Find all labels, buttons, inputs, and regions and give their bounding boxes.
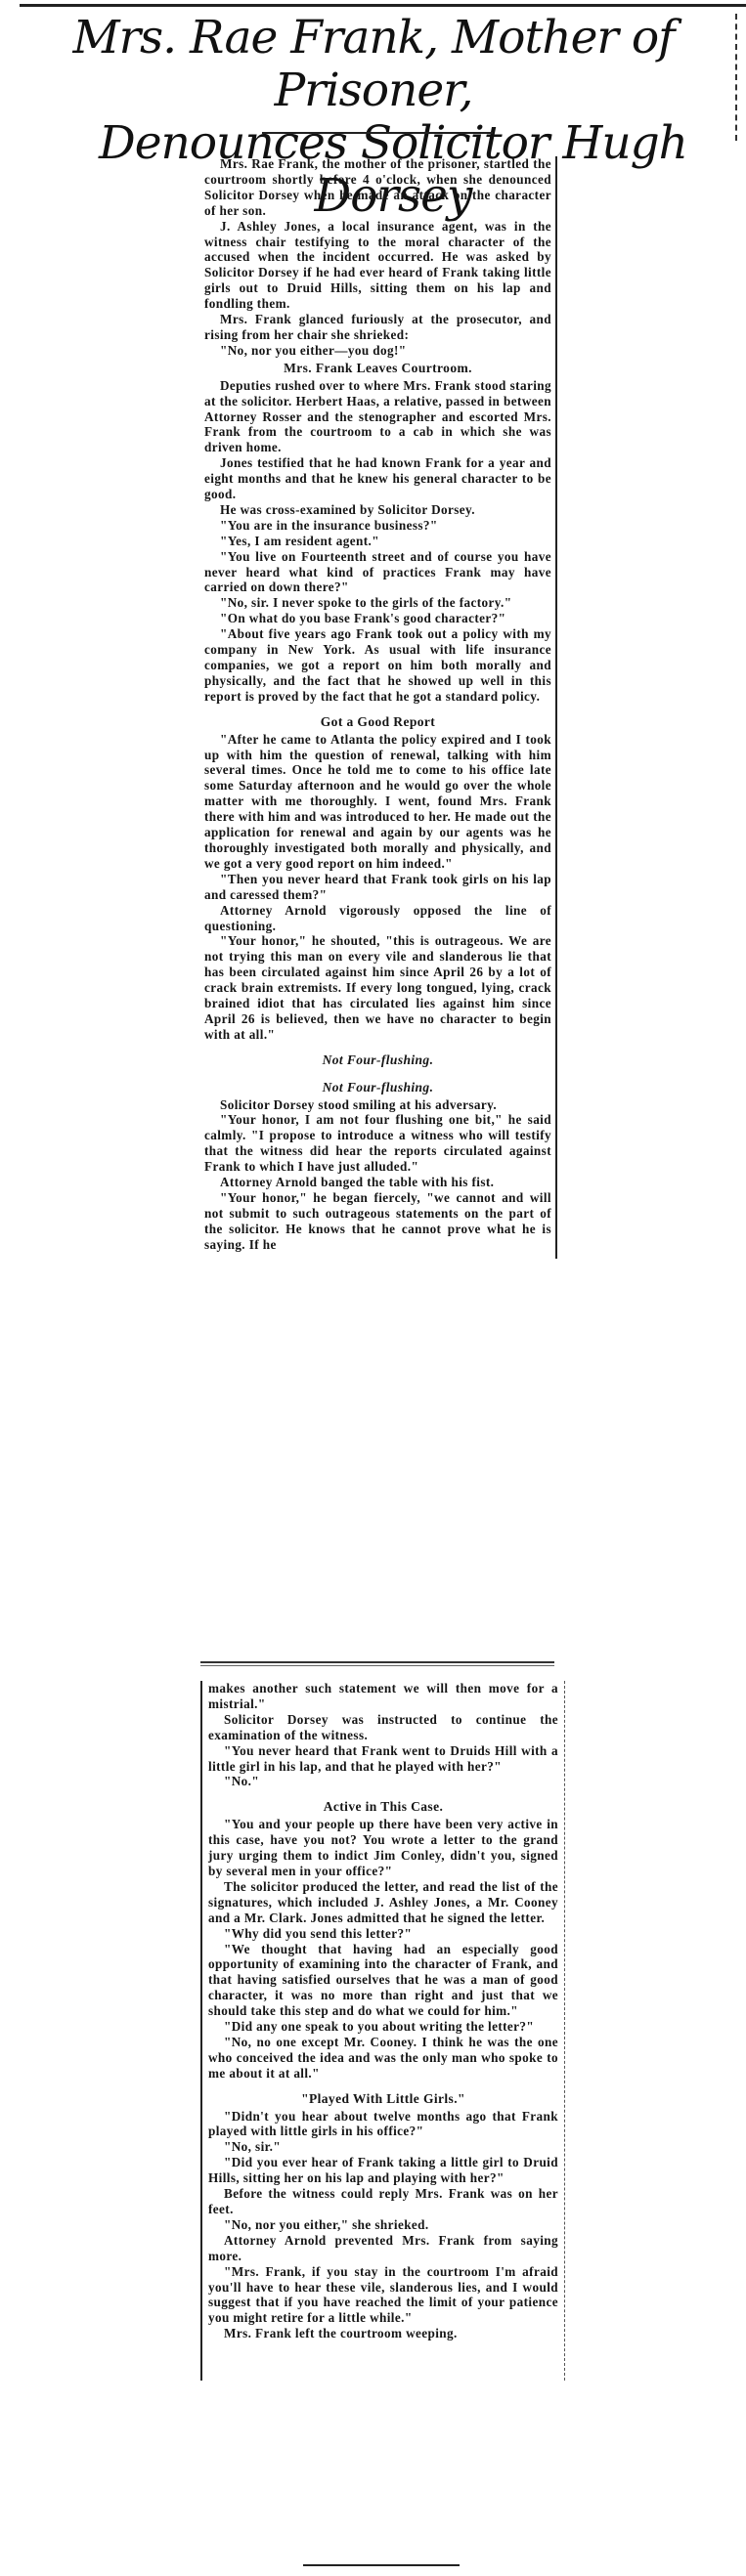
headline-line-1: Mrs. Rae Frank, Mother of Prisoner,	[22, 12, 725, 117]
paragraph: Solicitor Dorsey was instructed to conti…	[208, 1712, 558, 1743]
paragraph: "No."	[208, 1774, 558, 1789]
paragraph: J. Ashley Jones, a local insurance agent…	[204, 219, 551, 312]
article-column-2: makes another such statement we will the…	[200, 1681, 565, 2381]
paragraph: "You never heard that Frank went to Drui…	[208, 1743, 558, 1775]
paragraph: "No, sir. I never spoke to the girls of …	[204, 595, 551, 611]
paragraph: Mrs. Rae Frank, the mother of the prison…	[204, 156, 551, 219]
spacer	[204, 1070, 551, 1078]
column-break-rule	[200, 1661, 554, 1663]
paragraph: "You and your people up there have been …	[208, 1817, 558, 1879]
paragraph: "Why did you send this letter?"	[208, 1926, 558, 1942]
paragraph: Attorney Arnold prevented Mrs. Frank fro…	[208, 2233, 558, 2264]
paragraph: "On what do you base Frank's good charac…	[204, 611, 551, 626]
paragraph: "Your honor," he began fiercely, "we can…	[204, 1190, 551, 1253]
paragraph: Mrs. Frank glanced furiously at the pros…	[204, 312, 551, 343]
paragraph: "Did any one speak to you about writing …	[208, 2019, 558, 2035]
article-column-1: Mrs. Rae Frank, the mother of the prison…	[204, 156, 557, 1259]
paragraph: "Yes, I am resident agent."	[204, 534, 551, 549]
paragraph: Jones testified that he had known Frank …	[204, 455, 551, 502]
column-break-rule-thin	[200, 1665, 554, 1666]
subhead-good-report: Got a Good Report	[204, 714, 551, 730]
paragraph: "Then you never heard that Frank took gi…	[204, 872, 551, 903]
paragraph: The solicitor produced the letter, and r…	[208, 1879, 558, 1926]
paragraph: He was cross-examined by Solicitor Dorse…	[204, 502, 551, 518]
paragraph: "No, no one except Mr. Cooney. I think h…	[208, 2035, 558, 2082]
spacer	[208, 2082, 558, 2089]
paragraph: Before the witness could reply Mrs. Fran…	[208, 2186, 558, 2217]
subhead-not-four-flushing: Not Four-flushing.	[204, 1052, 551, 1068]
top-rule	[20, 4, 746, 7]
paragraph: "Your honor," he shouted, "this is outra…	[204, 933, 551, 1042]
paragraph: Mrs. Frank left the courtroom weeping.	[208, 2326, 558, 2341]
paragraph: Deputies rushed over to where Mrs. Frank…	[204, 378, 551, 456]
paragraph: makes another such statement we will the…	[208, 1681, 558, 1712]
paragraph: "You live on Fourteenth street and of co…	[204, 549, 551, 596]
subhead-not-four-flushing-repeat: Not Four-flushing.	[204, 1080, 551, 1095]
column-divider-right	[735, 14, 737, 141]
paragraph: Attorney Arnold banged the table with hi…	[204, 1175, 551, 1190]
spacer	[204, 705, 551, 712]
paragraph: "No, nor you either," she shrieked.	[208, 2217, 558, 2233]
subhead-leaves-courtroom: Mrs. Frank Leaves Courtroom.	[204, 361, 551, 376]
headline-rule	[262, 132, 493, 134]
paragraph: "Didn't you hear about twelve months ago…	[208, 2109, 558, 2140]
paragraph: "After he came to Atlanta the policy exp…	[204, 732, 551, 872]
paragraph: "No, sir."	[208, 2139, 558, 2155]
paragraph: "Your honor, I am not four flushing one …	[204, 1112, 551, 1175]
paragraph: "Mrs. Frank, if you stay in the courtroo…	[208, 2264, 558, 2327]
subhead-active-in-case: Active in This Case.	[208, 1799, 558, 1815]
paragraph: "No, nor you either—you dog!"	[204, 343, 551, 359]
spacer	[204, 1043, 551, 1051]
paragraph: Attorney Arnold vigorously opposed the l…	[204, 903, 551, 934]
paragraph: "You are in the insurance business?"	[204, 518, 551, 534]
paragraph: "About five years ago Frank took out a p…	[204, 626, 551, 705]
paragraph: Solicitor Dorsey stood smiling at his ad…	[204, 1097, 551, 1113]
spacer	[208, 1789, 558, 1797]
subhead-played-with-little-girls: "Played With Little Girls."	[208, 2091, 558, 2107]
end-rule	[303, 2564, 460, 2566]
paragraph: "Did you ever hear of Frank taking a lit…	[208, 2155, 558, 2186]
paragraph: "We thought that having had an especiall…	[208, 1942, 558, 2020]
